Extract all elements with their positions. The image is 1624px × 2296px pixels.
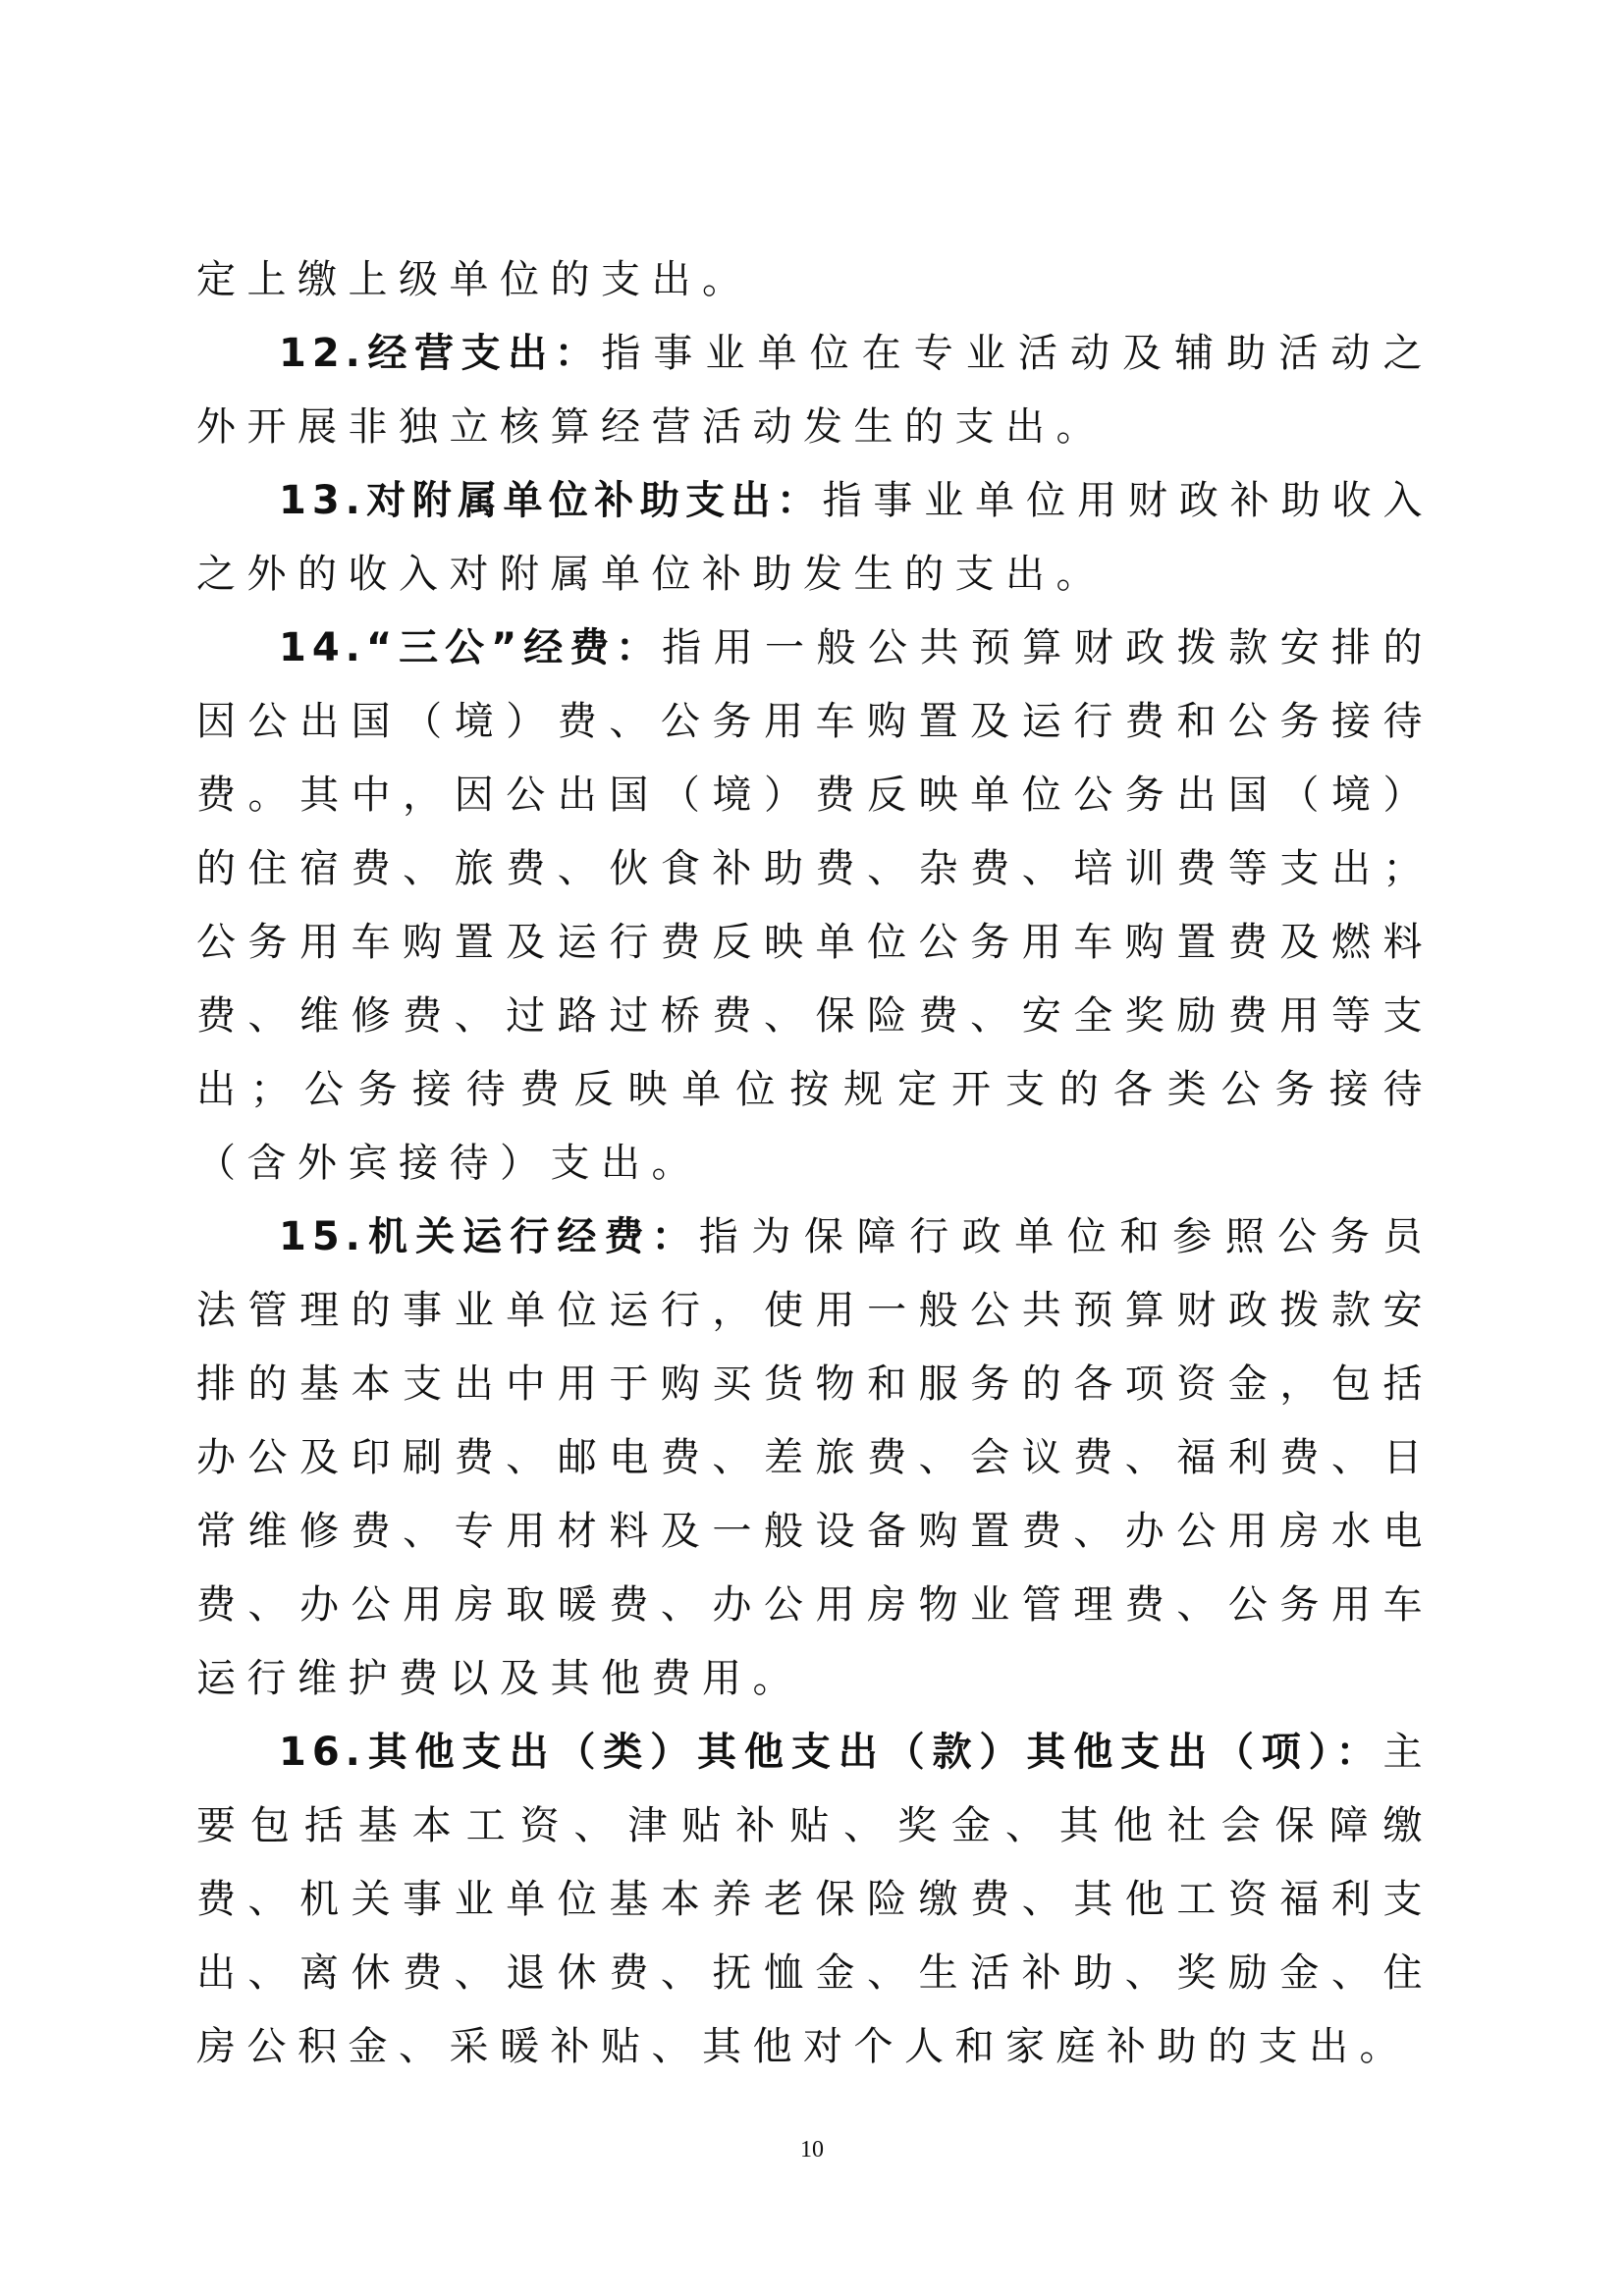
paragraph-13-subsidiary-subsidy: 13.对附属单位补助支出：指事业单位用财政补助收入之外的收入对附属单位补助发生的…	[196, 464, 1434, 612]
page-number: 10	[0, 2137, 1624, 2163]
paragraph-14-three-public-expenses: 14.“三公”经费：指用一般公共预算财政拨款安排的因公出国（境）费、公务用车购置…	[196, 612, 1434, 1201]
paragraph-11-continuation: 定上缴上级单位的支出。	[196, 243, 1434, 317]
term-label: 12.经营支出：	[279, 331, 601, 376]
paragraph-15-agency-operating-funds: 15.机关运行经费：指为保障行政单位和参照公务员法管理的事业单位运行，使用一般公…	[196, 1201, 1434, 1716]
term-label: 14.“三公”经费：	[279, 625, 662, 670]
paragraph-16-other-expenses: 16.其他支出（类）其他支出（款）其他支出（项）：主要包括基本工资、津贴补贴、奖…	[196, 1716, 1434, 2084]
document-page: 定上缴上级单位的支出。 12.经营支出：指事业单位在专业活动及辅助活动之外开展非…	[196, 243, 1434, 2084]
term-label: 16.其他支出（类）其他支出（款）其他支出（项）：	[279, 1730, 1383, 1775]
paragraph-body: 指为保障行政单位和参照公务员法管理的事业单位运行，使用一般公共预算财政拨款安排的…	[196, 1214, 1434, 1701]
term-label: 13.对附属单位补助支出：	[279, 478, 822, 523]
paragraph-body: 主要包括基本工资、津贴补贴、奖金、其他社会保障缴费、机关事业单位基本养老保险缴费…	[196, 1730, 1434, 2069]
term-label: 15.机关运行经费：	[279, 1214, 699, 1259]
paragraph-body: 指用一般公共预算财政拨款安排的因公出国（境）费、公务用车购置及运行费和公务接待费…	[196, 625, 1434, 1186]
paragraph-12-operating-expenses: 12.经营支出：指事业单位在专业活动及辅助活动之外开展非独立核算经营活动发生的支…	[196, 317, 1434, 464]
paragraph-body: 定上缴上级单位的支出。	[196, 257, 753, 302]
